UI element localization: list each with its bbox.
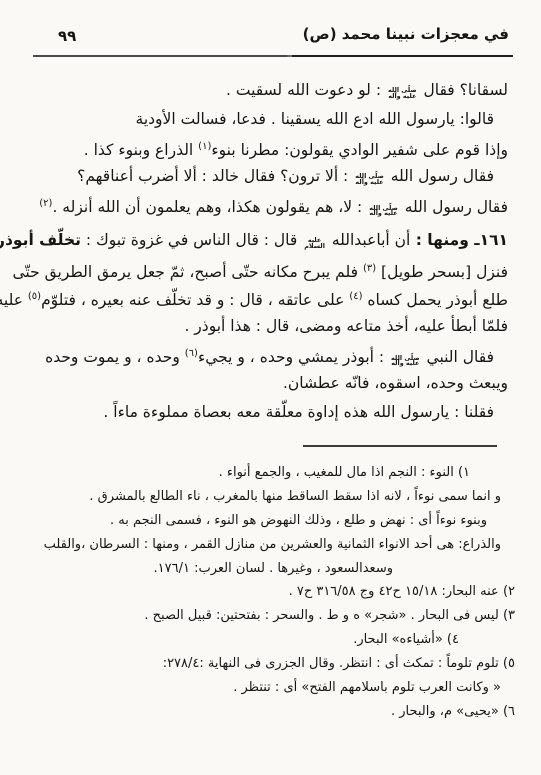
text-run: : لا، هم يقولون هكذا، وهم يعلمون أن الله… xyxy=(52,198,367,216)
text-run: على عاتقه ، قال : و قد تخلّف عنه بعيره ،… xyxy=(41,291,349,309)
honorific-mark: صلّى اللهعليه وآله xyxy=(355,174,384,185)
honorific-mark: عليهالسلام xyxy=(304,238,325,249)
text-run: قال : قال الناس في غزوة تبوك : xyxy=(81,231,302,249)
text-run: وإذا قوم على شفير الوادي يقولون: مطرنا ب… xyxy=(211,141,508,159)
text-run: : ألا ترون؟ فقال خالد : ألا أضرب أعناقهم… xyxy=(77,167,353,185)
body-line: فقال رسول الله صلّى اللهعليه وآله : لا، … xyxy=(14,190,508,219)
footnote-line: « وكانت العرب تلوم باسلامهم الفتح» أى : … xyxy=(14,676,515,700)
text-run: فلم يبرح مكانه حتّى أصبح، ثمّ جعل يرمق ا… xyxy=(12,263,362,281)
page-title: في معجزات نبينا محمد (ص) xyxy=(303,25,509,43)
footnote-ref: (١) xyxy=(198,141,211,152)
honorific-mark: صلّى اللهعليه وآله xyxy=(391,356,420,367)
body-line: فقلنا : يارسول الله هذه إداوة معلّقة معه… xyxy=(14,398,508,427)
book-page: في معجزات نبينا محمد (ص) ٩٩ لسقانا؟ فقال… xyxy=(0,0,541,775)
body-line: لسقانا؟ فقال صلّى اللهعليه وآله : لو دعو… xyxy=(14,76,508,105)
page-number: ٩٩ xyxy=(58,27,76,45)
text-run: طلع أبوذر يحمل كساه xyxy=(362,291,508,309)
footnote-line: و انما سمى نوءاً ، لانه اذا سقط الساقط م… xyxy=(14,485,515,509)
footnote-separator xyxy=(303,445,497,447)
footnote-line: ٣) ليس فى البحار . «شجر» ه و ط . والسحر … xyxy=(14,604,515,628)
text-run: ١٦١ـ ومنها : xyxy=(410,231,508,249)
footnote-line: ٦) «يحيى» م، والبحار . xyxy=(14,700,515,724)
text-run: : أبوذر يمشي وحده ، و يجيء xyxy=(198,348,389,366)
footnote-line: وسعدالسعود ، وغيرها . لسان العرب: ١٧٦/١. xyxy=(14,557,515,581)
body-line: فلمّا أبطأ عليه، أخذ متاعه ومضى، قال : ه… xyxy=(14,312,508,341)
text-run: فقال رسول الله xyxy=(400,198,508,216)
text-run: فقال رسول الله xyxy=(386,167,494,185)
footnote-line: وبنوء نوءاً أى : نهض و طلع ، وذلك النهوض… xyxy=(14,509,515,533)
text-run: فقلنا : يارسول الله هذه إداوة معلّقة معه… xyxy=(103,403,494,421)
footnotes: ١) النوء : النجم اذا مال للمغيب ، والجمع… xyxy=(14,461,515,724)
footnote-line: ٤) «أشياءه» البحار. xyxy=(14,628,515,652)
body-line: طلع أبوذر يحمل كساه (٤) على عاتقه ، قال … xyxy=(14,283,508,312)
header-rule xyxy=(33,55,513,57)
text-run: : لو دعوت الله لسقيت . xyxy=(226,81,386,99)
footnote-line: ٥) تلوم تلوماً : تمكث أى : انتظر. وقال ا… xyxy=(14,652,515,676)
footnote-ref: (٦) xyxy=(185,348,198,359)
text-run: لسقانا؟ فقال xyxy=(419,81,508,99)
text-run: عليه xyxy=(0,291,28,309)
body-line: فنزل [بسحر طويل] (٣) فلم يبرح مكانه حتّى… xyxy=(14,255,508,284)
honorific-mark: صلّى اللهعليه وآله xyxy=(388,88,417,99)
text-run: فلمّا أبطأ عليه، أخذ متاعه ومضى، قال : ه… xyxy=(184,317,508,335)
text-run: ويبعث وحده، اسقوه، فانّه عطشان. xyxy=(283,374,508,392)
main-text: لسقانا؟ فقال صلّى اللهعليه وآله : لو دعو… xyxy=(14,76,508,426)
body-line: فقال النبي صلّى اللهعليه وآله : أبوذر يم… xyxy=(14,340,508,369)
footnote-line: ٢) عنه البحار: ١٥/١٨ ح٤٢ وج ٣١٦/٥٨ ح٧ . xyxy=(14,580,515,604)
footnote-ref: (٤) xyxy=(349,291,362,302)
body-line: فقال رسول الله صلّى اللهعليه وآله : ألا … xyxy=(14,162,508,191)
body-line: قالوا: يارسول الله ادع الله يسقينا . فدع… xyxy=(14,105,508,134)
text-run: وحده ، و يموت وحده xyxy=(45,348,185,366)
body-line: ١٦١ـ ومنها : أن أباعبدالله عليهالسلام قا… xyxy=(14,226,508,255)
text-run: الذراع وبنوء كذا . xyxy=(84,141,198,159)
footnote-ref: (٥) xyxy=(28,291,41,302)
footnote-ref: (٢) xyxy=(39,198,52,209)
footnote-line: والذراع: هى أحد الانواء الثمانية والعشري… xyxy=(14,533,515,557)
text-run: فقال النبي xyxy=(422,348,494,366)
footnote-line: ١) النوء : النجم اذا مال للمغيب ، والجمع… xyxy=(14,461,515,485)
honorific-mark: صلّى اللهعليه وآله xyxy=(369,206,398,217)
footnote-ref: (٣) xyxy=(363,263,376,274)
text-run: أن أباعبدالله xyxy=(327,231,410,249)
text-run: فنزل [بسحر طويل] xyxy=(376,263,508,281)
text-run: تخلّف أبوذر xyxy=(0,231,81,249)
body-line: ويبعث وحده، اسقوه، فانّه عطشان. xyxy=(14,369,508,398)
text-run: قالوا: يارسول الله ادع الله يسقينا . فدع… xyxy=(136,110,494,128)
body-line: وإذا قوم على شفير الوادي يقولون: مطرنا ب… xyxy=(14,133,508,162)
